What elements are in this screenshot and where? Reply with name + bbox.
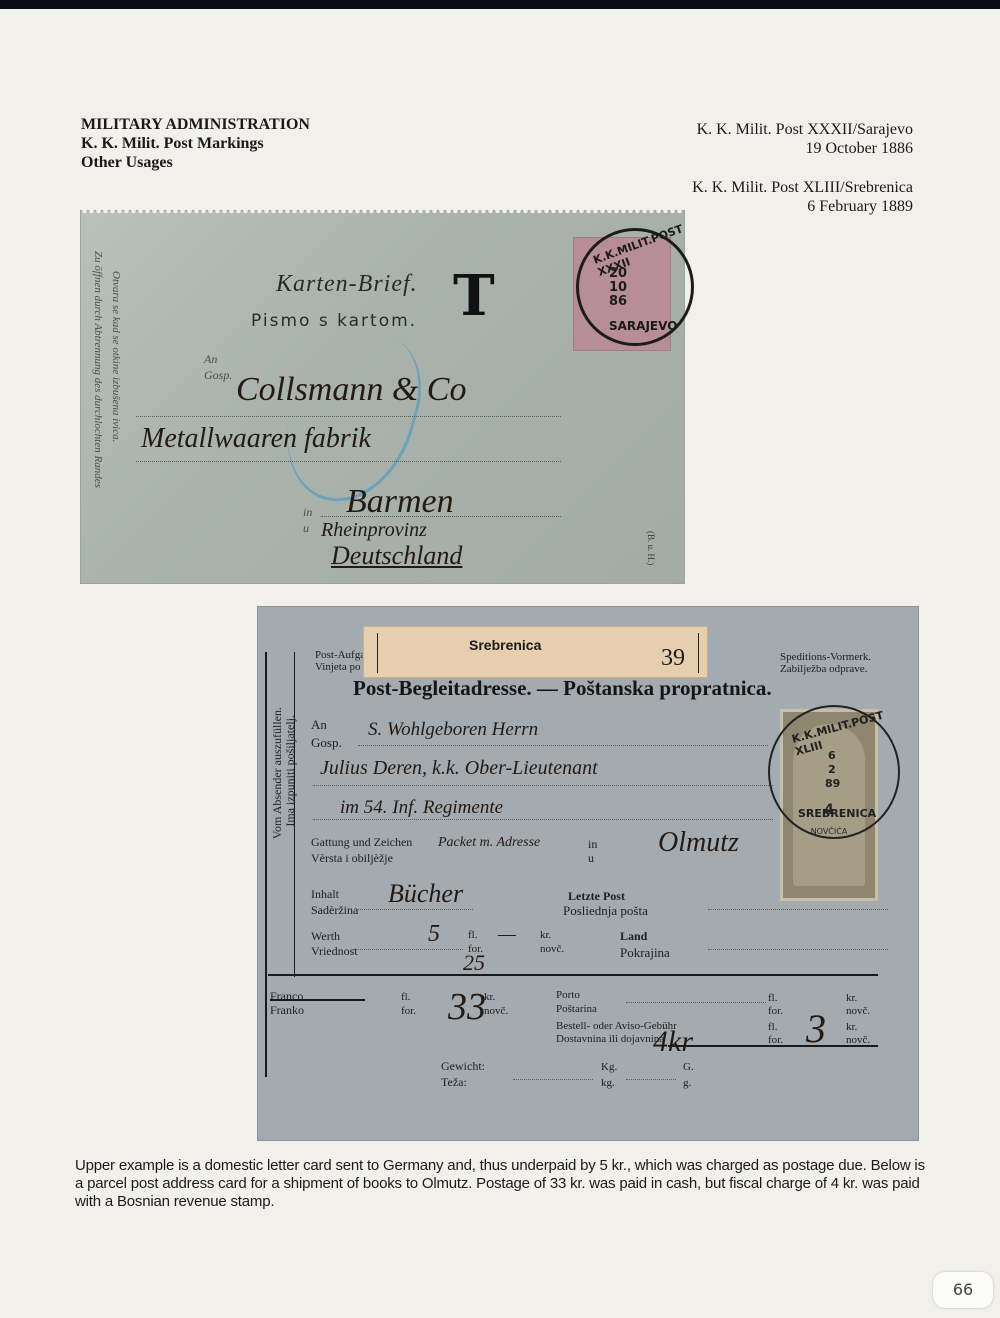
label-for: for.: [401, 1005, 416, 1017]
vignette-label-de: Post-Aufga: [315, 649, 365, 661]
address-line: [136, 461, 561, 462]
postmark-1-name: K. K. Milit. Post XXXII/Sarajevo: [692, 120, 913, 139]
perforated-edge: [81, 208, 684, 214]
label-type-bs: Vèrsta i obiljèžje: [311, 851, 393, 866]
label-u: u: [303, 520, 309, 536]
addressee-line-2: Julius Deren, k.k. Ober-Lieutenant: [320, 757, 598, 780]
field-line: [358, 909, 473, 910]
field-line: [626, 1002, 766, 1003]
label-franco-bs: Franko: [270, 1003, 304, 1018]
postmark-year: 89: [825, 777, 840, 790]
label-for: for.: [768, 1005, 783, 1017]
scan-border: [0, 0, 1000, 9]
side-instructions: Zu öffnen durch Abtrennung des durchloch…: [89, 251, 129, 571]
label-fl: fl.: [468, 929, 477, 941]
border-line: [265, 652, 267, 1077]
label-last-post-de: Letzte Post: [568, 889, 625, 904]
label-kg-bs: kg.: [601, 1077, 615, 1089]
srebrenica-postmark: K.K.MILIT.POST XLIII 6 2 89 SREBRENICA: [768, 705, 900, 839]
letter-card: Zu öffnen durch Abtrennung des durchloch…: [81, 211, 684, 583]
label-fl: fl.: [401, 991, 410, 1003]
section-divider: [268, 974, 878, 976]
label-gosp: Gosp.: [204, 367, 232, 383]
label-kr: kr.: [846, 992, 857, 1004]
label-porto-bs: Poštarina: [556, 1003, 597, 1015]
value-fl: 5: [428, 921, 440, 948]
label-kr: kr.: [484, 991, 495, 1003]
field-line: [313, 819, 773, 820]
addressee-line-1: Collsmann & Co: [236, 371, 466, 409]
side-instruction-bs: Otvara se kad se otkine izbušena ivica.: [107, 271, 124, 442]
content-value: Bücher: [388, 879, 463, 909]
postmark-2-date: 6 February 1889: [692, 197, 913, 216]
field-line: [708, 909, 888, 910]
parcel-label-tag: Srebrenica 39: [363, 626, 708, 678]
postmark-day: 6: [828, 749, 836, 762]
label-novc: novč.: [846, 1005, 870, 1017]
addressee-line-3: im 54. Inf. Regimente: [340, 797, 503, 819]
postmark-bottom-text: SREBRENICA: [798, 807, 876, 820]
label-an: An: [311, 717, 327, 732]
sender-instruction-bs: Ima izpuniti pošiljatelj.: [283, 715, 297, 827]
handwritten-mark: 4kr: [653, 1025, 693, 1059]
postmark-1-date: 19 October 1886: [692, 139, 913, 158]
exhibit-caption: Upper example is a domestic letter card …: [75, 1157, 925, 1211]
label-fee-bs: Dostavnina ili dojavnina: [556, 1033, 664, 1045]
label-in: in: [303, 504, 312, 520]
dispatch-note-de: Speditions-Vormerk.: [780, 651, 871, 663]
addressee-line-1: S. Wohlgeboren Herrn: [368, 719, 538, 741]
strike-line: [270, 999, 365, 1001]
section-divider: [668, 1045, 878, 1047]
page-heading: MILITARY ADMINISTRATION K. K. Milit. Pos…: [81, 115, 310, 172]
card-title-bs: Pismo s kartom.: [251, 311, 417, 331]
label-porto-de: Porto: [556, 989, 580, 1001]
label-town: Srebrenica: [469, 637, 541, 653]
field-line: [353, 949, 463, 950]
field-line: [358, 745, 768, 746]
parcel-card-title: Post-Begleitadresse. — Poštanska proprat…: [353, 676, 772, 701]
heading-title: MILITARY ADMINISTRATION: [81, 115, 310, 134]
label-last-post-bs: Posliednja pošta: [563, 903, 648, 918]
destination: Olmutz: [658, 827, 739, 859]
label-content-de: Inhalt: [311, 887, 339, 902]
parcel-address-card: Vom Absender auszufüllen. Ima izpuniti p…: [258, 607, 918, 1140]
label-g-de: G.: [683, 1061, 694, 1073]
heading-subtitle: K. K. Milit. Post Markings: [81, 134, 310, 153]
sender-instruction-de: Vom Absender auszufüllen.: [270, 707, 284, 839]
label-number: 39: [661, 645, 685, 672]
label-an: An: [204, 351, 217, 367]
label-gosp: Gosp.: [311, 735, 342, 750]
postmark-bottom-text: SARAJEVO: [609, 319, 677, 333]
field-line: [708, 949, 888, 950]
label-franco-de: Franco: [270, 989, 303, 1004]
postage-due-mark: T: [453, 263, 495, 329]
label-kr: kr.: [846, 1021, 857, 1033]
postmark-descriptions: K. K. Milit. Post XXXII/Sarajevo 19 Octo…: [692, 120, 913, 216]
label-novc: novč.: [484, 1005, 508, 1017]
label-fl: fl.: [768, 992, 777, 1004]
label-u: u: [588, 851, 594, 866]
printer-ref: (B. u. H.): [646, 531, 656, 565]
side-instruction-de: Zu öffnen durch Abtrennung des durchloch…: [89, 251, 106, 488]
card-title-de: Karten-Brief.: [276, 271, 418, 298]
heading-section: Other Usages: [81, 153, 310, 172]
label-content-bs: Sadèržina: [311, 903, 358, 918]
label-type-de: Gattung und Zeichen: [311, 835, 412, 850]
field-line: [513, 1079, 593, 1080]
label-kg-de: Kg.: [601, 1061, 617, 1073]
vignette-label-bs: Vinjeta po: [315, 661, 360, 673]
franco-kr-value: 33: [448, 985, 486, 1029]
postmark-2-name: K. K. Milit. Post XLIII/Srebrenica: [692, 178, 913, 197]
sarajevo-postmark: K.K.MILIT.POST XXXII 20 10 86 SARAJEVO: [576, 228, 694, 346]
region: Rheinprovinz: [321, 519, 427, 542]
label-fl: fl.: [768, 1021, 777, 1033]
postmark-top-text: K.K.MILIT.POST XLIII: [790, 706, 899, 759]
postmark-month: 2: [828, 763, 836, 776]
page-number: 66: [933, 1272, 993, 1308]
postmark-date: 20 10 86: [609, 267, 627, 309]
dispatch-note-bs: Zabilježba odprave.: [780, 663, 867, 675]
label-value-de: Werth: [311, 929, 340, 944]
label-value-bs: Vriednost: [311, 944, 358, 959]
label-kr: kr.: [540, 929, 551, 941]
address-line: [321, 516, 561, 517]
label-weight-de: Gewicht:: [441, 1059, 485, 1074]
country: Deutschland: [331, 541, 462, 571]
address-line: [136, 416, 561, 417]
value-kr: —: [498, 923, 516, 946]
field-line: [313, 785, 773, 786]
field-line: [626, 1079, 676, 1080]
handwritten-25: 25: [463, 950, 485, 976]
label-in: in: [588, 837, 597, 852]
type-value: Packet m. Adresse: [438, 835, 540, 851]
label-land-de: Land: [620, 929, 647, 944]
label-land-bs: Pokrajina: [620, 945, 670, 960]
addressee-line-2: Metallwaaren fabrik: [141, 423, 371, 455]
label-novc: novč.: [540, 943, 564, 955]
label-weight-bs: Teža:: [441, 1075, 467, 1090]
postmark-top-text: K.K.MILIT.POST XXXII: [592, 221, 693, 279]
label-g-bs: g.: [683, 1077, 691, 1089]
